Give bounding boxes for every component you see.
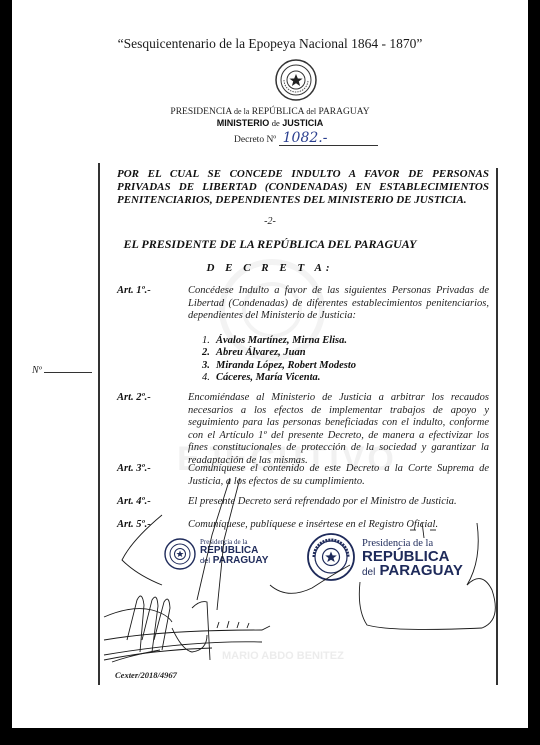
article-1: Art. 1º.- Concédese Indulto a favor de l…	[117, 285, 489, 323]
decree-label: Decreto Nº	[234, 135, 276, 145]
decreta-heading: D E C R E T A:	[12, 262, 528, 274]
article-4: Art. 4º.- El presente Decreto será refre…	[117, 496, 489, 509]
presidency-logo-large: Presidencia de la REPÚBLICA del PARAGUAY	[362, 538, 463, 580]
reference-code: Cexter/2018/4967	[115, 670, 177, 680]
president-heading: EL PRESIDENTE DE LA REPÚBLICA DEL PARAGU…	[12, 237, 528, 252]
bleed-through-text: MARIO ABDO BENITEZ	[222, 650, 344, 662]
decree-number: 1082.-	[279, 131, 378, 146]
decree-number-line: Decreto Nº 1082.-	[234, 131, 378, 146]
article-3: Art. 3º.- Comuníquese el contenido de es…	[117, 463, 489, 488]
decree-title: POR EL CUAL SE CONCEDE INDULTO A FAVOR D…	[117, 168, 489, 207]
presidency-line: PRESIDENCIA de la REPÚBLICA del PARAGUAY	[12, 107, 528, 117]
article-5: Art. 5º.- Comuníquese, publíquese e insé…	[117, 519, 489, 532]
margin-number-field: Nº	[32, 365, 92, 376]
national-seal-icon	[274, 58, 318, 102]
decree-page: EJECUTIVO MARIO ABDO BENITEZ “Sesquicent…	[12, 0, 528, 728]
article-2: Art. 2º.- Encomiéndase al Ministerio de …	[117, 392, 489, 468]
presidency-seal-small-icon	[164, 538, 196, 570]
presidency-logo-small: Presidencia de la REPÚBLICA del PARAGUAY	[200, 538, 268, 566]
list-item: 3.Miranda López, Robert Modesto	[202, 360, 356, 372]
presidency-seal-large-icon	[306, 532, 356, 582]
list-item: 1.Ávalos Martínez, Mirna Elisa.	[202, 335, 356, 347]
list-item: 4.Cáceres, María Vicenta.	[202, 372, 356, 384]
beneficiary-list: 1.Ávalos Martínez, Mirna Elisa. 2.Abreu …	[202, 335, 356, 385]
motto: “Sesquicentenario de la Epopeya Nacional…	[12, 36, 528, 52]
page-number: -2-	[12, 216, 528, 227]
list-item: 2.Abreu Álvarez, Juan	[202, 347, 356, 359]
ministry-line: MINISTERIO de JUSTICIA	[12, 118, 528, 128]
